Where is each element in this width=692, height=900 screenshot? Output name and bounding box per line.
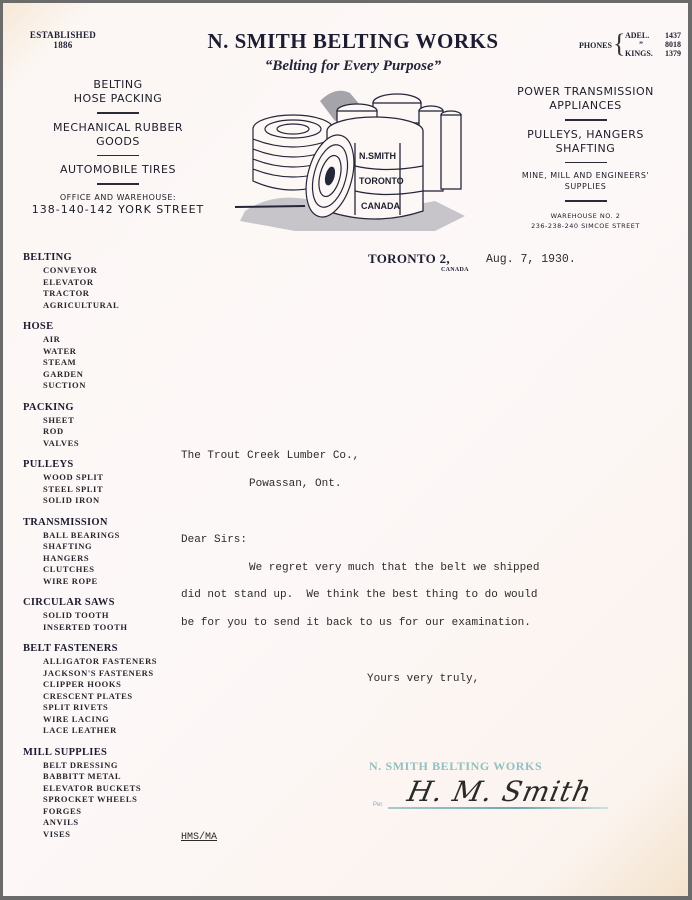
- svg-text:N.SMITH: N.SMITH: [359, 151, 396, 161]
- sidebar-item: INSERTED TOOTH: [23, 622, 193, 634]
- sidebar-category-title: CIRCULAR SAWS: [23, 596, 193, 610]
- signature: H. M. Smith: [404, 775, 595, 808]
- sidebar-category-title: TRANSMISSION: [23, 516, 193, 530]
- divider: [565, 200, 607, 202]
- sidebar-item: BABBITT METAL: [23, 771, 193, 783]
- sidebar-item: TRACTOR: [23, 288, 193, 300]
- product-line: POWER TRANSMISSION: [493, 85, 678, 99]
- sidebar-item: VALVES: [23, 438, 193, 450]
- office-address: 138-140-142 YORK STREET: [18, 203, 218, 217]
- sidebar-item: SPLIT RIVETS: [23, 702, 193, 714]
- sidebar-item: CONVEYOR: [23, 265, 193, 277]
- company-stamp: N. SMITH BELTING WORKS: [369, 759, 542, 774]
- salutation: Dear Sirs:: [181, 533, 247, 547]
- product-line: GOODS: [18, 135, 218, 149]
- phone-line: ”8018: [625, 40, 681, 49]
- belting-rolls-illustration: N.SMITH TORONTO CANADA: [235, 81, 473, 236]
- sidebar-item: JACKSON'S FASTENERS: [23, 668, 193, 680]
- sidebar-item: BELT DRESSING: [23, 760, 193, 772]
- typist-initials: HMS/MA: [181, 832, 217, 843]
- sidebar-item: WIRE LACING: [23, 714, 193, 726]
- sidebar-category: TRANSMISSIONBALL BEARINGSSHAFTINGHANGERS…: [23, 516, 193, 588]
- phones-label: PHONES: [579, 41, 612, 50]
- product-line: MECHANICAL RUBBER: [18, 121, 218, 135]
- sidebar-category-title: PACKING: [23, 401, 193, 415]
- brace-icon: {: [613, 31, 625, 57]
- sidebar-item: AIR: [23, 334, 193, 346]
- body-line: be for you to send it back to us for our…: [181, 616, 531, 630]
- divider: [97, 112, 139, 114]
- sidebar-item: ANVILS: [23, 817, 193, 829]
- sidebar-item: ROD: [23, 426, 193, 438]
- phone-line: KINGS.1379: [625, 49, 681, 58]
- closing: Yours very truly,: [367, 672, 479, 686]
- sidebar-category: PACKINGSHEETRODVALVES: [23, 401, 193, 450]
- product-line: HOSE PACKING: [18, 92, 218, 106]
- divider: [565, 162, 607, 164]
- sidebar-item: SHAFTING: [23, 541, 193, 553]
- sidebar-category: HOSEAIRWATERSTEAMGARDENSUCTION: [23, 320, 193, 392]
- phone-line: ADEL.1437: [625, 31, 681, 40]
- sidebar-category-title: PULLEYS: [23, 458, 193, 472]
- sidebar-item: SOLID TOOTH: [23, 610, 193, 622]
- sidebar-item: SPROCKET WHEELS: [23, 794, 193, 806]
- recipient-city: Powassan, Ont.: [249, 477, 341, 491]
- warehouse-label: WAREHOUSE NO. 2: [493, 211, 678, 221]
- sidebar-item: ELEVATOR: [23, 277, 193, 289]
- letterhead-right-column: POWER TRANSMISSION APPLIANCES PULLEYS, H…: [493, 85, 678, 231]
- sidebar-item: WOOD SPLIT: [23, 472, 193, 484]
- sidebar-category: BELT FASTENERSALLIGATOR FASTENERSJACKSON…: [23, 642, 193, 737]
- product-line: MINE, MILL AND ENGINEERS': [493, 170, 678, 181]
- product-line: APPLIANCES: [493, 99, 678, 113]
- slogan: “Belting for Every Purpose”: [163, 58, 543, 75]
- sidebar-item: FORGES: [23, 806, 193, 818]
- sidebar-category: BELTINGCONVEYORELEVATORTRACTORAGRICULTUR…: [23, 251, 193, 311]
- product-sidebar: BELTINGCONVEYORELEVATORTRACTORAGRICULTUR…: [23, 251, 193, 849]
- sidebar-item: ELEVATOR BUCKETS: [23, 783, 193, 795]
- sidebar-category-title: BELTING: [23, 251, 193, 265]
- sidebar-item: BALL BEARINGS: [23, 530, 193, 542]
- belting-rolls-icon: N.SMITH TORONTO CANADA: [235, 81, 473, 236]
- svg-text:TORONTO: TORONTO: [359, 176, 404, 186]
- warehouse-address: 236-238-240 SIMCOE STREET: [493, 221, 678, 231]
- company-name: N. SMITH BELTING WORKS: [163, 29, 543, 54]
- phone-numbers: PHONES { ADEL.1437 ”8018 KINGS.1379: [575, 30, 685, 60]
- sidebar-item: STEAM: [23, 357, 193, 369]
- svg-text:CANADA: CANADA: [361, 201, 400, 211]
- per-label: Per: [373, 802, 382, 808]
- sidebar-item: ALLIGATOR FASTENERS: [23, 656, 193, 668]
- sidebar-item: SHEET: [23, 415, 193, 427]
- product-line: SHAFTING: [493, 142, 678, 156]
- letter-page: ESTABLISHED 1886 N. SMITH BELTING WORKS …: [3, 3, 688, 896]
- location-country: CANADA: [441, 267, 469, 273]
- sidebar-item: HANGERS: [23, 553, 193, 565]
- recipient-name: The Trout Creek Lumber Co.,: [181, 449, 359, 463]
- divider: [565, 119, 607, 121]
- product-line: AUTOMOBILE TIRES: [18, 163, 218, 177]
- sidebar-item: STEEL SPLIT: [23, 484, 193, 496]
- sidebar-category: CIRCULAR SAWSSOLID TOOTHINSERTED TOOTH: [23, 596, 193, 633]
- sidebar-item: SUCTION: [23, 380, 193, 392]
- sidebar-item: WIRE ROPE: [23, 576, 193, 588]
- sidebar-item: GARDEN: [23, 369, 193, 381]
- established-year: 1886: [23, 40, 103, 50]
- established-note: ESTABLISHED 1886: [23, 30, 103, 50]
- product-line: SUPPLIES: [493, 181, 678, 192]
- sidebar-item: WATER: [23, 346, 193, 358]
- sidebar-item: AGRICULTURAL: [23, 300, 193, 312]
- sidebar-item: CRESCENT PLATES: [23, 691, 193, 703]
- letterhead-left-column: BELTING HOSE PACKING MECHANICAL RUBBER G…: [18, 78, 218, 217]
- sidebar-item: CLIPPER HOOKS: [23, 679, 193, 691]
- sidebar-category-title: MILL SUPPLIES: [23, 746, 193, 760]
- office-label: OFFICE AND WAREHOUSE:: [18, 192, 218, 203]
- sidebar-item: VISES: [23, 829, 193, 841]
- sidebar-category: MILL SUPPLIESBELT DRESSINGBABBITT METALE…: [23, 746, 193, 841]
- body-line: We regret very much that the belt we shi…: [249, 561, 539, 575]
- sidebar-category-title: BELT FASTENERS: [23, 642, 193, 656]
- letter-date: Aug. 7, 1930.: [486, 253, 576, 266]
- divider: [97, 183, 139, 185]
- body-line: did not stand up. We think the best thin…: [181, 588, 537, 602]
- product-line: PULLEYS, HANGERS: [493, 128, 678, 142]
- sidebar-item: SOLID IRON: [23, 495, 193, 507]
- divider: [97, 155, 139, 157]
- sidebar-item: CLUTCHES: [23, 564, 193, 576]
- established-label: ESTABLISHED: [23, 30, 103, 40]
- product-line: BELTING: [18, 78, 218, 92]
- sidebar-category: PULLEYSWOOD SPLITSTEEL SPLITSOLID IRON: [23, 458, 193, 507]
- sidebar-category-title: HOSE: [23, 320, 193, 334]
- location: TORONTO 2,: [368, 251, 450, 267]
- sidebar-item: LACE LEATHER: [23, 725, 193, 737]
